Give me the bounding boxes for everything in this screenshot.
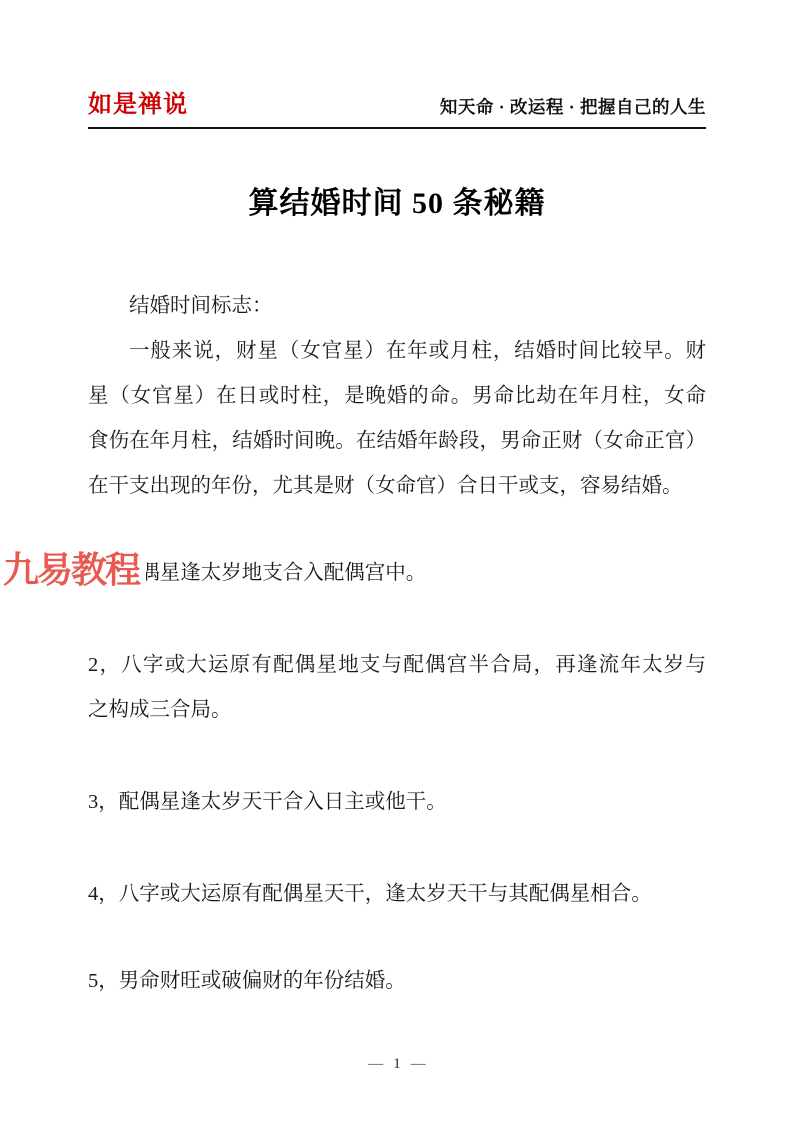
list-item-text: 之构成三合局。: [88, 688, 706, 733]
list-item-text: 2，八字或大运原有配偶星地支与配偶宫半合局，再逢流年太岁与: [88, 643, 706, 688]
document-page: 如是禅说 知天命 · 改运程 · 把握自己的人生 算结婚时间 50 条秘籍 结婚…: [0, 0, 794, 1123]
list-item-text: 1，配偶星逢太岁地支合入配偶宫中。: [88, 551, 706, 596]
list-item-text: 4，八字或大运原有配偶星天干，逢太岁天干与其配偶星相合。: [88, 872, 706, 917]
paragraph-line: 星（女官星）在日或时柱，是晚婚的命。男命比劫在年月柱，女命: [88, 374, 706, 419]
watermark-badge: 九易教程: [0, 546, 146, 593]
list-item-text: 5，男命财旺或破偏财的年份结婚。: [88, 959, 706, 1004]
list-item-4: 4，八字或大运原有配偶星天干，逢太岁天干与其配偶星相合。: [88, 872, 706, 917]
header-slogan: 知天命 · 改运程 · 把握自己的人生: [440, 94, 706, 119]
page-header: 如是禅说 知天命 · 改运程 · 把握自己的人生: [88, 84, 706, 129]
body-text: 结婚时间标志： 一般来说，财星（女官星）在年或月柱，结婚时间比较早。财 星（女官…: [88, 284, 706, 509]
list-item-1: 1，配偶星逢太岁地支合入配偶宫中。 九易教程: [88, 551, 706, 596]
list-item-text: 3，配偶星逢太岁天干合入日主或他干。: [88, 780, 706, 825]
list-item-2: 2，八字或大运原有配偶星地支与配偶宫半合局，再逢流年太岁与 之构成三合局。: [88, 643, 706, 733]
list-item-5: 5，男命财旺或破偏财的年份结婚。: [88, 959, 706, 1004]
footer-dash-right: —: [411, 1056, 426, 1072]
paragraph-line: 食伤在年月柱，结婚时间晚。在结婚年龄段，男命正财（女命正官）: [88, 419, 706, 464]
brand-logo-text: 如是禅说: [88, 84, 188, 119]
document-title: 算结婚时间 50 条秘籍: [88, 184, 706, 224]
intro-label: 结婚时间标志：: [88, 284, 706, 329]
footer-dash-left: —: [368, 1056, 383, 1072]
page-number: 1: [393, 1056, 401, 1072]
paragraph-line: 一般来说，财星（女官星）在年或月柱，结婚时间比较早。财: [88, 329, 706, 374]
page-footer: —1—: [0, 1056, 794, 1073]
paragraph-line: 在干支出现的年份，尤其是财（女命官）合日干或支，容易结婚。: [88, 464, 706, 509]
list-item-3: 3，配偶星逢太岁天干合入日主或他干。: [88, 780, 706, 825]
